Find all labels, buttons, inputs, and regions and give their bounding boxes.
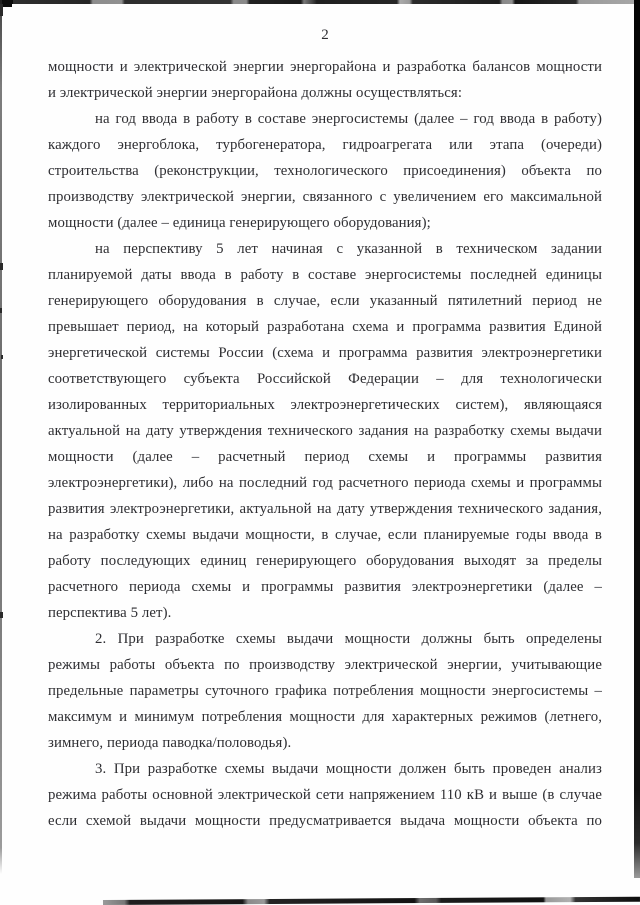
page-number: 2 — [48, 22, 602, 48]
scan-artifact-left-edge — [0, 0, 2, 874]
text-line: 3. При разработке схемы выдачи мощности … — [48, 756, 602, 782]
scan-speck — [1, 355, 3, 359]
text-line: на перспективу 5 лет начиная с указанной… — [48, 236, 602, 262]
document-body: мощности и электрической энергии энергор… — [48, 54, 602, 834]
scan-speck — [0, 263, 3, 270]
text-line: режимы работы объекта по производству эл… — [48, 652, 602, 678]
scan-speck — [0, 612, 3, 618]
text-line: мощности и электрической энергии энергор… — [48, 54, 602, 80]
scan-artifact-right-edge — [634, 0, 640, 878]
text-line: электроэнергетики), либо на последний го… — [48, 470, 602, 496]
text-line: производству электрической энергии, связ… — [48, 184, 602, 210]
scan-speck — [0, 4, 3, 16]
text-line: на разработку схемы выдачи мощности, в с… — [48, 522, 602, 548]
text-line: изолированных территориальных электроэне… — [48, 392, 602, 418]
scan-artifact-bottom-edge — [103, 897, 640, 905]
text-line: и электрической энергии энергорайона дол… — [48, 80, 602, 106]
text-line: каждого энергоблока, турбогенератора, ги… — [48, 132, 602, 158]
text-line: энергетической системы России (схема и п… — [48, 340, 602, 366]
text-line: максимум и минимум потребления мощности … — [48, 704, 602, 730]
scan-speck — [0, 308, 2, 313]
text-line: мощности (далее – расчетный период схемы… — [48, 444, 602, 470]
text-line: развития электроэнергетики, актуальной н… — [48, 496, 602, 522]
text-line: на год ввода в работу в составе энергоси… — [48, 106, 602, 132]
text-line: превышает период, на который разработана… — [48, 314, 602, 340]
text-line: мощности (далее – единица генерирующего … — [48, 210, 602, 236]
text-line: зимнего, периода паводка/половодья). — [48, 730, 602, 756]
text-line: планируемой даты ввода в работу в состав… — [48, 262, 602, 288]
text-line: расчетного периода схемы и программы раз… — [48, 574, 602, 600]
text-line: строительства (реконструкции, технологич… — [48, 158, 602, 184]
text-line: работу последующих единиц генерирующего … — [48, 548, 602, 574]
text-line: если схемой выдачи мощности предусматрив… — [48, 808, 602, 834]
text-line: режима работы основной электрической сет… — [48, 782, 602, 808]
text-line: перспектива 5 лет). — [48, 600, 602, 626]
document-page: 2 мощности и электрической энергии энерг… — [0, 0, 640, 905]
text-line: предельные параметры суточного графика п… — [48, 678, 602, 704]
text-line: соответствующего субъекта Российской Фед… — [48, 366, 602, 392]
text-line: генерирующего оборудования в случае, есл… — [48, 288, 602, 314]
scan-artifact-top-edge — [0, 0, 640, 4]
text-line: 2. При разработке схемы выдачи мощности … — [48, 626, 602, 652]
text-line: актуальной на дату утверждения техническ… — [48, 418, 602, 444]
